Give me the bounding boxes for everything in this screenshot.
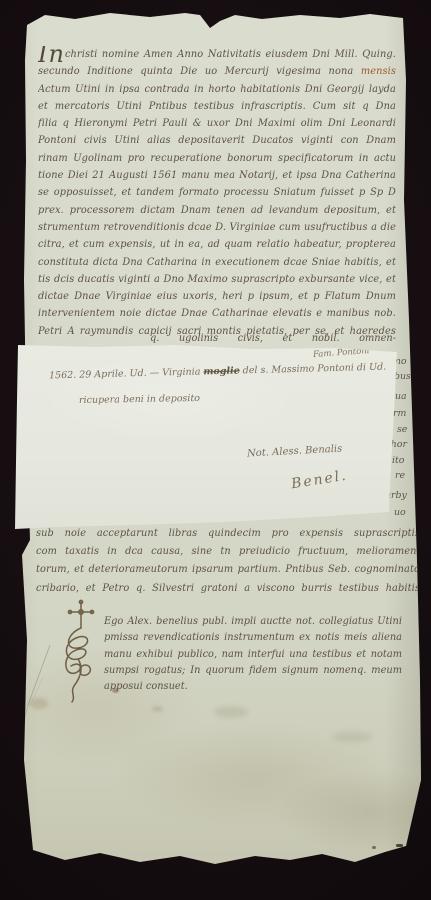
attestation-line: Ego Alex. benelius publ. impli auctte no… (104, 614, 402, 630)
edge-speck (396, 844, 403, 847)
notary-signum-icon (54, 598, 108, 708)
foxing-stain (30, 698, 48, 709)
covered-line-fragment: se (397, 424, 407, 435)
notary-signature: Not. Aless. Benalis (247, 444, 343, 460)
manuscript-line: Actum Utini in ipsa contrada in horto ha… (38, 81, 396, 98)
manuscript-line: sub noie acceptarunt libras quindecim pr… (36, 525, 420, 543)
attestation-line: pmissa revendicationis instrumentum ex n… (104, 630, 402, 646)
manuscript-photo: Inchristi nomine Amen Anno Nativitatis e… (0, 0, 431, 900)
main-text-block: Inchristi nomine Amen Anno Nativitatis e… (38, 46, 396, 340)
archivist-slip: Fam. Pontoni 1562. 29 Aprile. Ud. — Virg… (15, 342, 399, 530)
manuscript-line: citra, et cum expensis, ut in ea, ad qua… (38, 236, 396, 253)
manuscript-line: com taxatis in dca causa, sine tn preiud… (36, 543, 420, 561)
struck-word: moglie (203, 365, 240, 377)
notary-attestation-block: Ego Alex. benelius publ. impli auctte no… (104, 614, 402, 695)
manuscript-line: et mercatoris Utini Pntibus testibus inf… (38, 98, 396, 115)
foxing-stain (152, 706, 163, 712)
manuscript-line: rinam Ugolinam pro recuperatione bonorum… (38, 150, 396, 167)
manuscript-line: strumentum retrovenditionis dcae D. Virg… (38, 219, 396, 236)
manuscript-line: intervenientem noie dictae Dnae Catharin… (38, 305, 396, 322)
manuscript-line: cribario, et Petro q. Silvestri gratoni … (36, 580, 420, 598)
slip-summary-line: 1562. 29 Aprile. Ud. — Virginia moglie d… (49, 362, 386, 382)
smudge-stain (332, 732, 372, 742)
signature-flourish: Benel. (290, 468, 349, 493)
covered-line-fragment: re (395, 470, 405, 481)
manuscript-line: Pontoni civis Utini alias depositaverit … (38, 132, 396, 149)
illuminated-initial: In (38, 46, 65, 63)
manuscript-line: constituta dicta Dna Catharina in execut… (38, 254, 396, 271)
covered-line-fragment: uo (394, 507, 406, 518)
attestation-line: sumpsi rogatus; In quorum fidem signum n… (104, 663, 402, 679)
manuscript-line: tis dcis ducatis viginti a Dno Maximo su… (38, 271, 396, 288)
attestation-line: apposui consuet. (104, 679, 402, 695)
manuscript-line: secundo Inditione quinta Die uo Mercurij… (38, 63, 396, 80)
manuscript-line: se opposuisset, et tandem formato proces… (38, 184, 396, 201)
manuscript-line: Inchristi nomine Amen Anno Nativitatis e… (38, 46, 396, 63)
covered-line-fragment: ito (392, 455, 404, 466)
manuscript-line: torum, et deteriorameutorum ipsarum part… (36, 561, 420, 579)
manuscript-line: dictae Dnae Virginiae eius uxoris, heri … (38, 288, 396, 305)
attestation-line: manu exhibui publico, nam interfui una t… (104, 647, 402, 663)
manuscript-line: filia q Hieronymi Petri Pauli & uxor Dni… (38, 115, 396, 132)
manuscript-line: prex. processorem dictam Dnam tenen ad l… (38, 202, 396, 219)
below-slip-text-block: sub noie acceptarunt libras quindecim pr… (36, 525, 420, 598)
manuscript-line: tione Diei 21 Augusti 1561 manu mea Nota… (38, 167, 396, 184)
smudge-stain (214, 706, 248, 718)
partially-covered-line: q. ugolinis civis, et nobil. omnen- (150, 331, 396, 347)
covered-line-fragment: ua (395, 391, 407, 402)
covered-line-fragment: rm (393, 408, 406, 419)
edge-speck (372, 846, 376, 849)
slip-summary-line: ricupera beni in deposito (79, 393, 200, 406)
